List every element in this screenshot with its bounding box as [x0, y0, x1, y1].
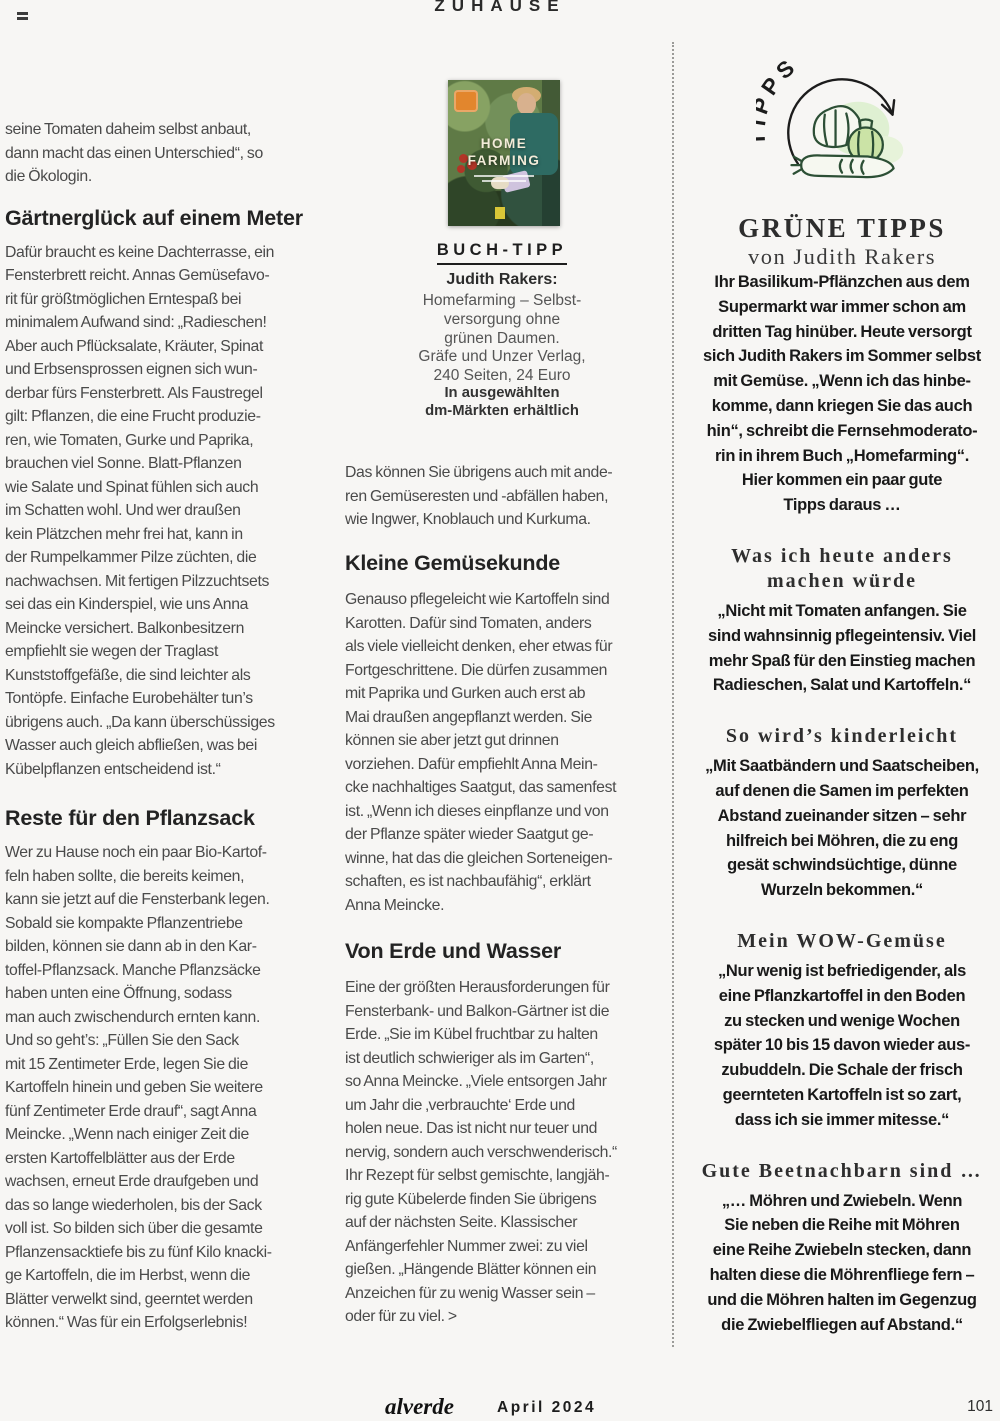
footer-issue: April 2024 — [497, 1399, 596, 1417]
section-body: Eine der größten Herausforderungen für F… — [345, 976, 659, 1329]
tip-body: „Mit Saatbändern und Saatscheiben, auf d… — [682, 754, 1000, 903]
tip-body: „Nur wenig ist befriedigender, als eine … — [682, 959, 1000, 1133]
column-divider — [672, 42, 674, 1347]
cover-badge-icon — [454, 90, 478, 112]
tips-column: TIPPS GRÜNE TIPPS von Judith Rakers Ihr … — [682, 44, 1000, 1337]
cover-glove — [491, 177, 509, 189]
section-heading-gemuesekunde: Kleine Gemüsekunde — [345, 551, 659, 576]
tipps-arc-label: TIPPS — [756, 52, 803, 146]
menu-icon — [17, 12, 28, 22]
section-heading-erde-wasser: Von Erde und Wasser — [345, 939, 659, 964]
tip-heading-wow-gemuese: Mein WOW-Gemüse — [682, 929, 1000, 954]
tips-subtitle: von Judith Rakers — [682, 244, 1000, 270]
tip-body: „Nicht mit Tomaten anfangen. Sie sind wa… — [682, 599, 1000, 698]
section-body: Wer zu Hause noch ein paar Bio-Kartof- f… — [5, 841, 313, 1335]
svg-text:TIPPS: TIPPS — [756, 52, 803, 146]
middle-paragraph: Das können Sie übrigens auch mit ande- r… — [345, 461, 659, 532]
cover-person-head — [517, 93, 536, 115]
section-body: Dafür braucht es keine Dachterrasse, ein… — [5, 241, 313, 782]
cover-subtitle-line — [474, 175, 534, 177]
tip-heading-anders-machen: Was ich heute anders machen würde — [682, 544, 1000, 594]
buch-tipp-label: BUCH-TIPP — [437, 241, 567, 265]
tip-heading-kinderleicht: So wird’s kinderleicht — [682, 724, 1000, 749]
book-details: Homefarming – Selbst- versorgung ohne gr… — [345, 292, 659, 386]
cover-subtitle-line — [482, 180, 526, 182]
book-availability: In ausgewählten dm-Märkten erhältlich — [345, 385, 659, 420]
tipps-badge: TIPPS — [756, 44, 928, 196]
left-column: seine Tomaten daheim selbst anbaut, dann… — [5, 118, 313, 1335]
section-body: Genauso pflegeleicht wie Kartoffeln sind… — [345, 588, 659, 917]
book-cover-title: HOME FARMING — [448, 136, 560, 169]
section-heading-gaertnerglueck: Gärtnerglück auf einem Meter — [5, 206, 313, 231]
section-heading-pflanzsack: Reste für den Pflanzsack — [5, 806, 313, 831]
page-number: 101 — [967, 1398, 993, 1416]
footer-brand: alverde — [385, 1394, 454, 1420]
tip-heading-beetnachbarn: Gute Beetnachbarn sind … — [682, 1159, 1000, 1184]
magazine-page: ZUHAUSE seine Tomaten daheim selbst anba… — [0, 0, 1000, 1421]
book-author: Judith Rakers: — [345, 271, 659, 289]
intro-paragraph: seine Tomaten daheim selbst anbaut, dann… — [5, 118, 313, 189]
book-cover: HOME FARMING — [448, 80, 560, 226]
tips-intro: Ihr Basilikum-Pflänzchen aus dem Superma… — [682, 270, 1000, 518]
tip-body: „… Möhren und Zwiebeln. Wenn Sie neben d… — [682, 1189, 1000, 1338]
cover-yellow-tag — [495, 207, 505, 219]
page-header: ZUHAUSE — [0, 0, 1000, 16]
tips-title: GRÜNE TIPPS — [682, 214, 1000, 243]
buch-tipp-label-wrap: BUCH-TIPP — [345, 241, 659, 265]
